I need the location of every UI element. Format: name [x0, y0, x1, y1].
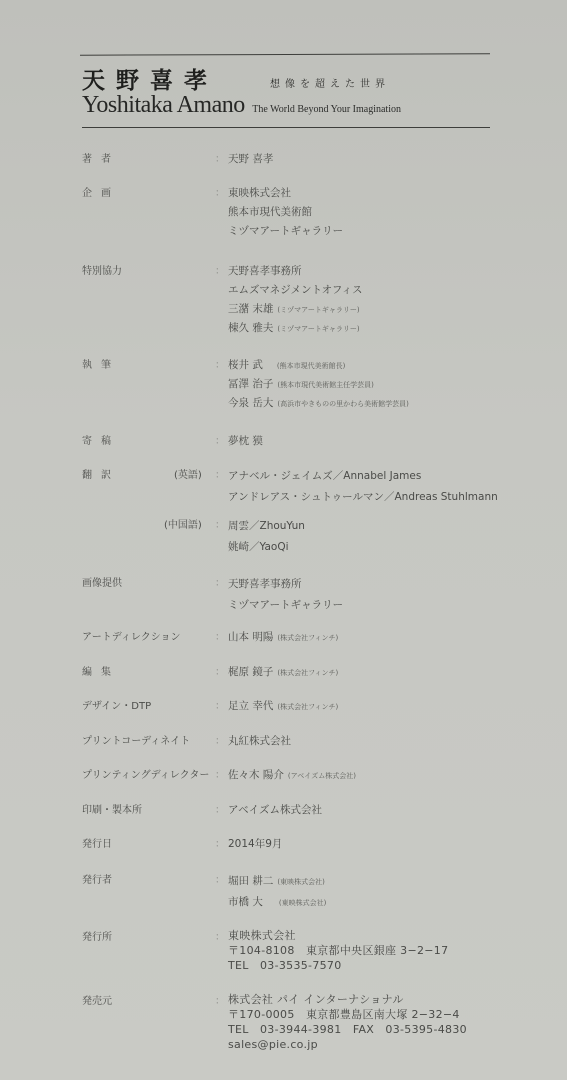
- credit-value: 熊本市現代美術館: [228, 203, 343, 222]
- credit-value: 足立 幸代(株式会社フィンチ): [228, 697, 338, 716]
- credit-value: 周雲／ZhouYun: [228, 516, 305, 537]
- credit-label: 画像提供: [82, 574, 122, 589]
- credit-separator: ：: [215, 432, 225, 447]
- credit-value: ミヅマアートギャラリー: [228, 595, 343, 616]
- credit-separator: ：: [215, 356, 225, 371]
- credit-separator: ：: [215, 766, 225, 781]
- credit-label: プリントコーディネイト: [82, 732, 190, 747]
- credit-value: 天野 喜孝: [228, 150, 273, 169]
- credit-value: 桜井 武(熊本市現代美術館長): [228, 356, 409, 375]
- credit-value: ミヅマアートギャラリー: [228, 222, 343, 241]
- credit-label: 著者: [82, 150, 120, 165]
- credit-label: 執筆: [82, 356, 120, 371]
- credit-value: 天野喜孝事務所: [228, 574, 343, 595]
- credit-value: 棟久 雅夫(ミヅマアートギャラリー): [228, 319, 363, 338]
- credit-value: 姚崎／YaoQi: [228, 537, 305, 558]
- credit-value: 冨澤 治子(熊本市現代美術館主任学芸員): [228, 375, 409, 394]
- credit-label: アートディレクション: [82, 628, 181, 643]
- credit-label: 発行所: [82, 928, 112, 943]
- credit-sublabel: (中国語): [164, 516, 202, 531]
- credit-separator: ：: [215, 732, 225, 747]
- credit-value: アンドレアス・シュトゥールマン／Andreas Stuhlmann: [228, 487, 498, 508]
- credit-separator: ：: [215, 835, 225, 850]
- credit-value: エムズマネジメントオフィス: [228, 281, 363, 300]
- credit-label: プリンティングディレクター: [82, 766, 209, 781]
- credit-sublabel: (英語): [174, 466, 202, 481]
- credit-value: 〒104-8108 東京都中央区銀座 3−2−17: [228, 943, 448, 958]
- credit-value: TEL 03-3944-3981 FAX 03-5395-4830: [228, 1022, 467, 1037]
- credit-separator: ：: [215, 697, 225, 712]
- credit-label: 発行日: [82, 835, 112, 850]
- title-english-name: Yoshitaka Amano: [82, 92, 245, 118]
- credit-separator: ：: [215, 466, 225, 481]
- credit-value: 堀田 耕二(東映株式会社): [228, 871, 326, 892]
- credit-value: 丸紅株式会社: [228, 732, 291, 751]
- credit-separator: ：: [215, 574, 225, 589]
- credit-label: デザイン・DTP: [82, 697, 151, 712]
- credit-value: 佐々木 陽介(アベイズム株式会社): [228, 766, 356, 785]
- credit-value: 市橋 大(東映株式会社): [228, 892, 326, 913]
- credit-value: 天野喜孝事務所: [228, 262, 363, 281]
- credit-label: 寄稿: [82, 432, 120, 447]
- subtitle-japanese: 想像を超えた世界: [270, 75, 390, 90]
- title-english: Yoshitaka Amano The World Beyond Your Im…: [82, 92, 401, 119]
- credit-separator: ：: [215, 150, 225, 165]
- credit-value: アナベル・ジェイムズ／Annabel James: [228, 466, 498, 487]
- credit-label: 翻訳: [82, 466, 120, 481]
- credit-value: 三潴 末雄(ミヅマアートギャラリー): [228, 300, 363, 319]
- credit-email: sales@pie.co.jp: [228, 1037, 467, 1052]
- credit-value: 梶原 鏡子(株式会社フィンチ): [228, 663, 338, 682]
- credit-separator: ：: [215, 262, 225, 277]
- credit-value: 今泉 岳大(高浜市やきものの里かわら美術館学芸員): [228, 394, 409, 413]
- credit-label: 企画: [82, 184, 120, 199]
- bottom-rule: [82, 127, 490, 128]
- credit-value: 山本 明陽(株式会社フィンチ): [228, 628, 338, 647]
- credit-separator: ：: [215, 928, 225, 943]
- credit-separator: ：: [215, 628, 225, 643]
- credit-separator: ：: [215, 663, 225, 678]
- credit-separator: ：: [215, 184, 225, 199]
- credit-label: 編集: [82, 663, 120, 678]
- credit-separator: ：: [215, 516, 225, 531]
- credit-value: アベイズム株式会社: [228, 801, 322, 820]
- credit-label: 印刷・製本所: [82, 801, 142, 816]
- credit-value: 東映株式会社: [228, 184, 343, 203]
- credit-label: 発行者: [82, 871, 112, 886]
- title-japanese: 天野喜孝: [82, 62, 218, 95]
- credit-separator: ：: [215, 992, 225, 1007]
- credit-value: 夢枕 獏: [228, 432, 263, 451]
- credit-value: 東映株式会社: [228, 928, 448, 943]
- subtitle-english: The World Beyond Your Imagination: [252, 104, 401, 115]
- credit-value: TEL 03-3535-7570: [228, 958, 448, 973]
- credit-value: 2014年9月: [228, 835, 282, 854]
- credit-separator: ：: [215, 801, 225, 816]
- credit-label: 発売元: [82, 992, 112, 1007]
- top-rule: [80, 53, 490, 55]
- credit-value: 株式会社 パイ インターナショナル: [228, 992, 467, 1007]
- credit-label: 特別協力: [82, 262, 122, 277]
- credit-separator: ：: [215, 871, 225, 886]
- credit-value: 〒170-0005 東京都豊島区南大塚 2−32−4: [228, 1007, 467, 1022]
